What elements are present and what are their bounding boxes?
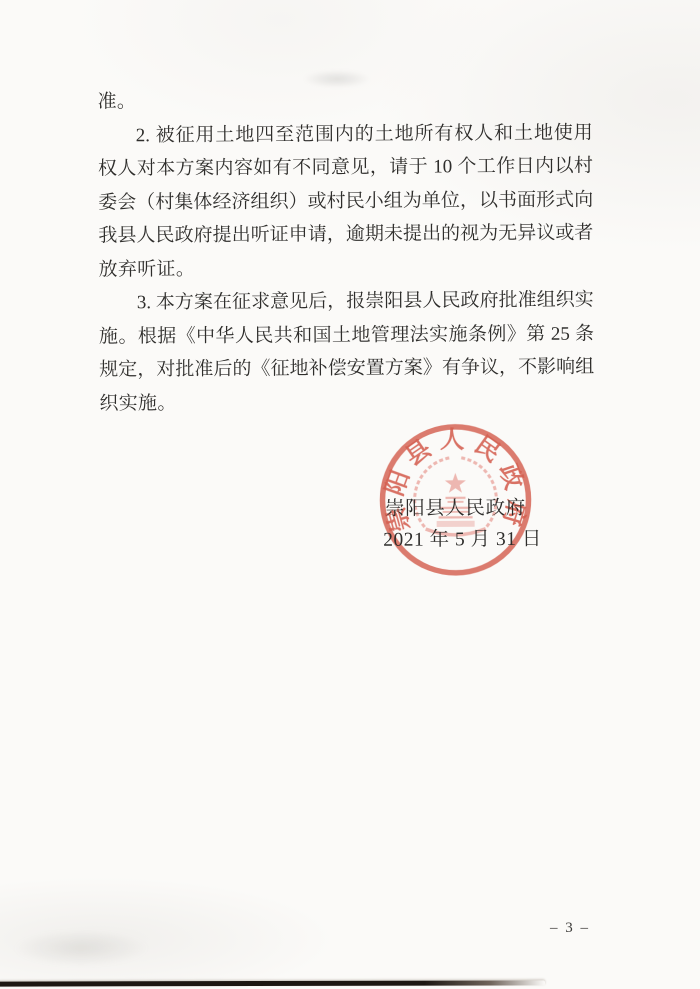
seal-star-icon [445, 473, 466, 493]
page-content: 准。 2. 被征用土地四至范围内的土地所有权人和土地使用 权人对本方案内容如有不… [0, 0, 700, 989]
body-line-1: 准。 [97, 83, 592, 120]
signature-name: 崇阳县人民政府 [385, 492, 526, 521]
body-line-7: 3. 本方案在征求意见后，报崇阳县人民政府批准组织实 [99, 284, 594, 321]
body-line-2: 2. 被征用土地四至范围内的土地所有权人和土地使用 [98, 116, 593, 153]
body-line-4: 委会（村集体经济组织）或村民小组为单位，以书面形式向 [98, 183, 593, 220]
body-line-9: 规定，对批准后的《征地补偿安置方案》有争议，不影响组 [99, 351, 594, 388]
body-line-10: 织实施。 [99, 384, 594, 421]
body-line-3: 权人对本方案内容如有不同意见，请于 10 个工作日内以村 [98, 150, 593, 187]
body-text: 准。 2. 被征用土地四至范围内的土地所有权人和土地使用 权人对本方案内容如有不… [97, 83, 594, 421]
document-page: 准。 2. 被征用土地四至范围内的土地所有权人和土地使用 权人对本方案内容如有不… [0, 0, 700, 989]
body-line-5: 我县人民政府提出听证申请，逾期未提出的视为无异议或者 [98, 217, 593, 254]
signature-date: 2021 年 5 月 31 日 [383, 523, 542, 552]
body-line-6: 放弃听证。 [98, 250, 593, 287]
body-line-8: 施。根据《中华人民共和国土地管理法实施条例》第 25 条 [99, 317, 594, 354]
page-number: – 3 – [538, 920, 602, 937]
